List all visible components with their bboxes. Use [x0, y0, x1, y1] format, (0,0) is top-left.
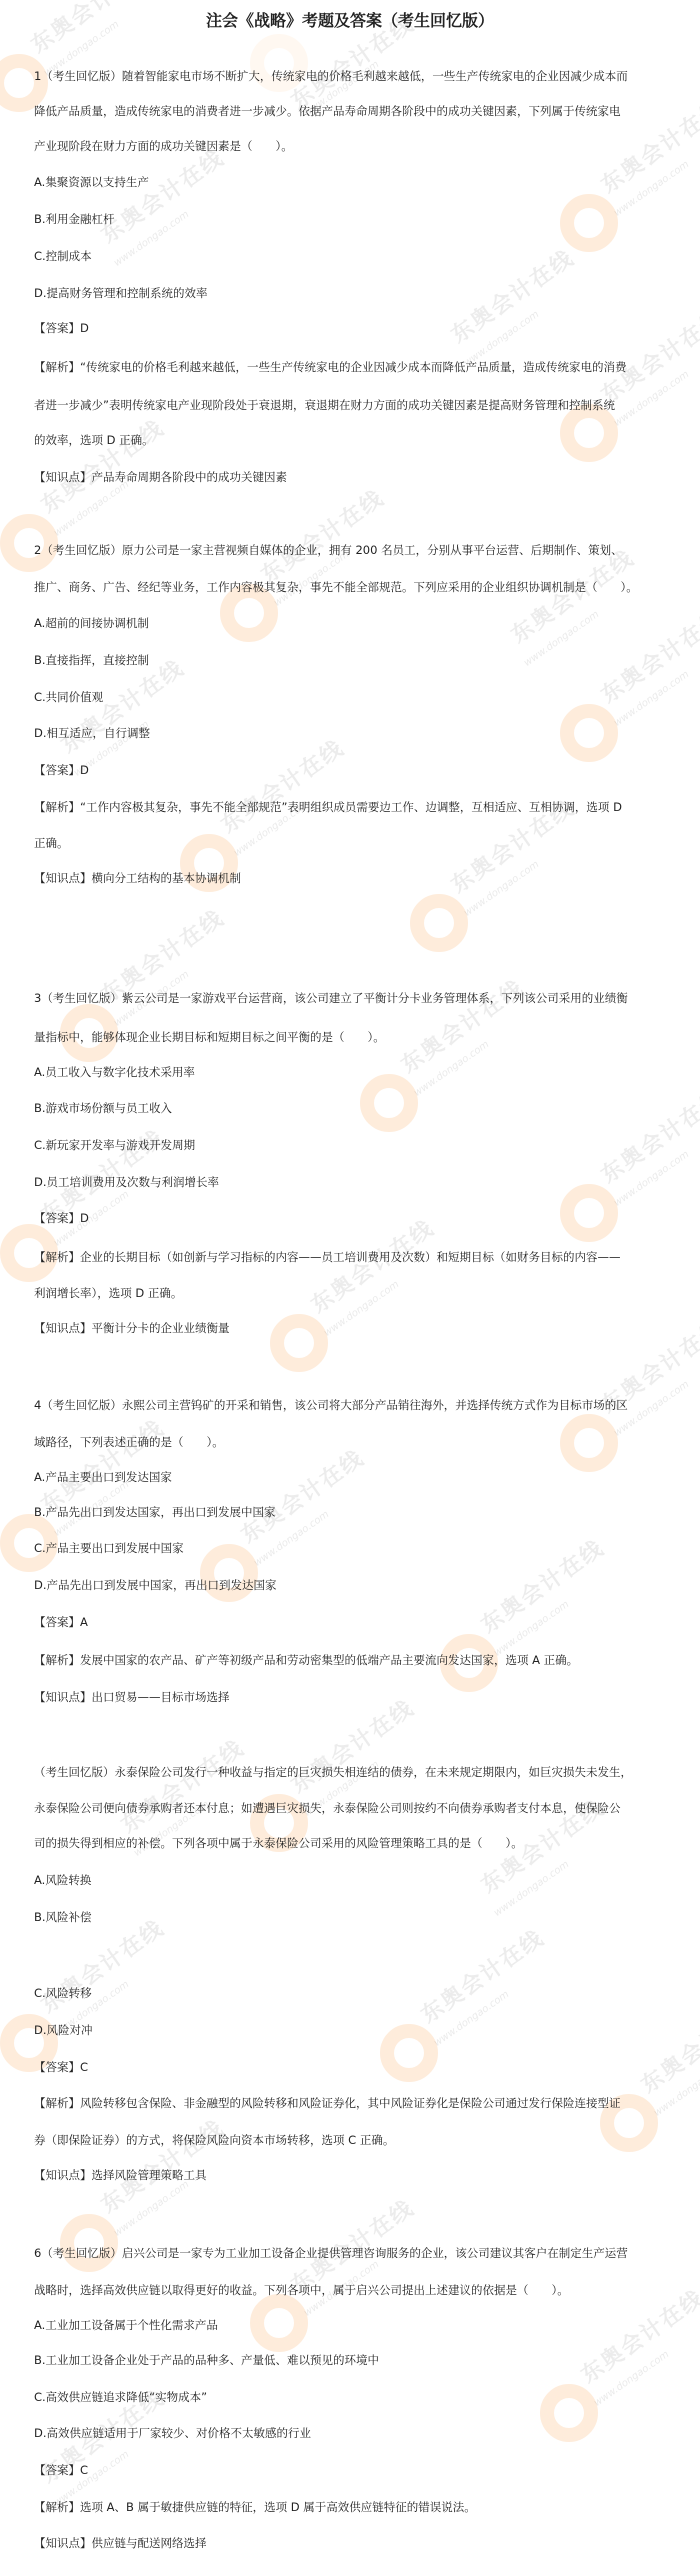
question-stem: 2（考生回忆版）原力公司是一家主营视频自媒体的企业，拥有 200 名员工，分别从…: [34, 541, 674, 559]
option-d: D.员工培训费用及次数与利润增长率: [34, 1173, 674, 1191]
analysis: 的效率，选项 D 正确。: [34, 431, 674, 449]
option-d: D.提高财务管理和控制系统的效率: [34, 284, 674, 302]
answer: 【答案】D: [34, 319, 674, 337]
analysis: 【解析】风险转移包含保险、非金融型的风险转移和风险证券化，其中风险证券化是保险公…: [34, 2094, 674, 2112]
option-c: C.共同价值观: [34, 688, 674, 706]
option-c: C.控制成本: [34, 247, 674, 265]
question-stem: 产业现阶段在财力方面的成功关键因素是（ ）。: [34, 137, 674, 155]
option-a: A.产品主要出口到发达国家: [34, 1468, 674, 1486]
option-a: A.超前的间接协调机制: [34, 614, 674, 632]
analysis: 【解析】“传统家电的价格毛利越来越低，一些生产传统家电的企业因减少成本而降低产品…: [34, 358, 674, 376]
option-b: B.利用金融杠杆: [34, 210, 674, 228]
option-d: D.产品先出口到发展中国家，再出口到发达国家: [34, 1576, 674, 1594]
option-c: C.产品主要出口到发展中国家: [34, 1539, 674, 1557]
analysis: 【解析】发展中国家的农产品、矿产等初级产品和劳动密集型的低端产品主要流向发达国家…: [34, 1651, 674, 1669]
analysis: 【解析】企业的长期目标（如创新与学习指标的内容——员工培训费用及次数）和短期目标…: [34, 1248, 674, 1266]
option-a: A.工业加工设备属于个性化需求产品: [34, 2316, 674, 2334]
answer: 【答案】D: [34, 761, 674, 779]
question-stem: 量指标中，能够体现企业长期目标和短期目标之间平衡的是（ ）。: [34, 1028, 674, 1046]
knowledge-point: 【知识点】横向分工结构的基本协调机制: [34, 869, 674, 887]
question-stem: 6（考生回忆版）启兴公司是一家专为工业加工设备企业提供管理咨询服务的企业，该公司…: [34, 2244, 674, 2262]
option-b: B.产品先出口到发达国家，再出口到发展中国家: [34, 1503, 674, 1521]
option-c: C.新玩家开发率与游戏开发周期: [34, 1136, 674, 1154]
analysis: 【解析】“工作内容极其复杂，事先不能全部规范”表明组织成员需要边工作、边调整，互…: [34, 798, 674, 816]
question-stem: 司的损失得到相应的补偿。下列各项中属于永泰保险公司采用的风险管理策略工具的是（ …: [34, 1834, 674, 1852]
answer: 【答案】C: [34, 2461, 674, 2479]
question-stem: 推广、商务、广告、经纪等业务，工作内容极其复杂，事先不能全部规范。下列应采用的企…: [34, 578, 674, 596]
option-d: D.相互适应，自行调整: [34, 724, 674, 742]
answer: 【答案】D: [34, 1209, 674, 1227]
option-b: B.直接指挥，直接控制: [34, 651, 674, 669]
knowledge-point: 【知识点】产品寿命周期各阶段中的成功关键因素: [34, 468, 674, 486]
option-c: C.风险转移: [34, 1984, 674, 2002]
option-b: B.风险补偿: [34, 1908, 674, 1926]
option-b: B.工业加工设备企业处于产品的品种多、产量低、难以预见的环境中: [34, 2351, 674, 2369]
question-stem: 3（考生回忆版）紫云公司是一家游戏平台运营商，该公司建立了平衡计分卡业务管理体系…: [34, 989, 674, 1007]
option-b: B.游戏市场份额与员工收入: [34, 1099, 674, 1117]
option-a: A.集聚资源以支持生产: [34, 173, 674, 191]
answer: 【答案】A: [34, 1613, 674, 1631]
option-d: D.风险对冲: [34, 2021, 674, 2039]
knowledge-point: 【知识点】供应链与配送网络选择: [34, 2534, 674, 2552]
option-c: C.高效供应链追求降低“实物成本”: [34, 2388, 674, 2406]
question-stem: 降低产品质量，造成传统家电的消费者进一步减少。依据产品寿命周期各阶段中的成功关键…: [34, 102, 674, 120]
knowledge-point: 【知识点】平衡计分卡的企业业绩衡量: [34, 1319, 674, 1337]
option-a: A.员工收入与数字化技术采用率: [34, 1063, 674, 1081]
option-a: A.风险转换: [34, 1871, 674, 1889]
analysis: 正确。: [34, 834, 674, 852]
answer: 【答案】C: [34, 2058, 674, 2076]
analysis: 券（即保险证券）的方式，将保险风险向资本市场转移，选项 C 正确。: [34, 2131, 674, 2149]
question-stem: 1（考生回忆版）随着智能家电市场不断扩大，传统家电的价格毛利越来越低，一些生产传…: [34, 67, 674, 85]
question-stem: 域路径，下列表述正确的是（ ）。: [34, 1433, 674, 1451]
analysis: 者进一步减少”表明传统家电产业现阶段处于衰退期，衰退期在财力方面的成功关键因素是…: [34, 396, 674, 414]
question-stem: 战略时，选择高效供应链以取得更好的收益。下列各项中，属于启兴公司提出上述建议的依…: [34, 2281, 674, 2299]
question-stem: （考生回忆版）永泰保险公司发行一种收益与指定的巨灾损失相连结的债券，在未来规定期…: [34, 1763, 674, 1781]
question-stem: 永泰保险公司便向债券承购者还本付息；如遭遇巨灾损失，永泰保险公司则按约不向债券承…: [34, 1799, 674, 1817]
analysis: 【解析】选项 A、B 属于敏捷供应链的特征，选项 D 属于高效供应链特征的错误说…: [34, 2498, 674, 2516]
analysis: 利润增长率），选项 D 正确。: [34, 1284, 674, 1302]
knowledge-point: 【知识点】选择风险管理策略工具: [34, 2166, 674, 2184]
question-stem: 4（考生回忆版）永熙公司主营钨矿的开采和销售，该公司将大部分产品销往海外，并选择…: [34, 1396, 674, 1414]
option-d: D.高效供应链适用于厂家较少、对价格不太敏感的行业: [34, 2424, 674, 2442]
knowledge-point: 【知识点】出口贸易——目标市场选择: [34, 1688, 674, 1706]
page-title: 注会《战略》考题及答案（考生回忆版）: [0, 8, 700, 31]
